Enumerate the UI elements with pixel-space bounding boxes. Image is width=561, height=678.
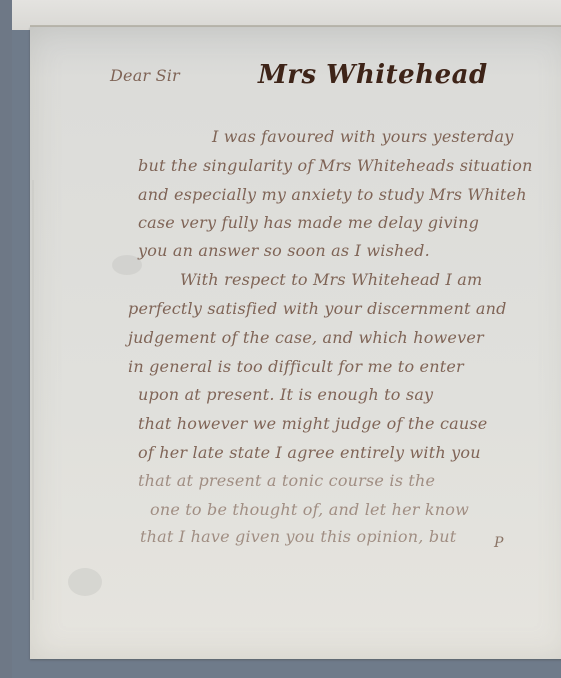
letter-line: that at present a tonic course is the (138, 471, 435, 490)
page-mark: P (494, 535, 503, 551)
letter-line: of her late state I agree entirely with … (138, 443, 481, 462)
letter-line: case very fully has made me delay giving (138, 213, 479, 232)
salutation: Dear Sir (110, 66, 180, 85)
letter-line: and especially my anxiety to study Mrs W… (138, 185, 527, 204)
letter-line: upon at present. It is enough to say (138, 385, 433, 404)
letter-line: one to be thought of, and let her know (150, 500, 469, 519)
letter-line: in general is too difficult for me to en… (128, 357, 464, 376)
letter-line: that I have given you this opinion, but (140, 527, 456, 546)
paper-stain (68, 568, 102, 596)
letter-line: I was favoured with yours yesterday (212, 127, 513, 146)
letter-line: that however we might judge of the cause (138, 414, 487, 433)
letter-line: you an answer so soon as I wished. (138, 241, 430, 260)
letter-line: perfectly satisfied with your discernmen… (128, 299, 507, 318)
letter-line: judgement of the case, and which however (128, 328, 484, 347)
letter-line: but the singularity of Mrs Whiteheads si… (138, 156, 533, 175)
backdrop-left (0, 0, 12, 678)
header-name: Mrs Whitehead (258, 60, 488, 90)
gutter-fold (32, 180, 34, 600)
letter-line: With respect to Mrs Whitehead I am (180, 270, 482, 289)
